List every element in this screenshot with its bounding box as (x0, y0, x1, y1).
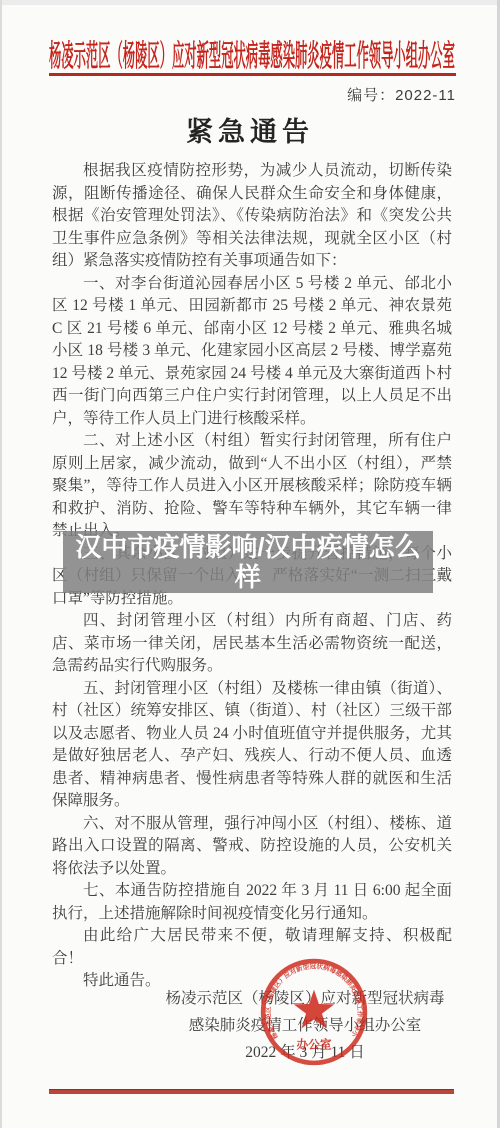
overlay-caption-band: 汉中市疫情影响/汉中疾情怎么 样 (63, 531, 433, 593)
notice-paragraph-item6: 六、对不服从管理，强行冲闯小区（村组）、楼栋、道路出入口设置的隔离、警戒、防控设… (52, 813, 452, 881)
header-office-title: 杨凌示范区（杨陵区）应对新型冠状病毒感染肺炎疫情工作领导小组办公室 (49, 31, 456, 71)
overlay-caption-line1: 汉中市疫情影响/汉中疾情怎么 (63, 532, 433, 562)
notice-paragraph-item4: 四、封闭管理小区（村组）内所有商超、门店、药店、菜市场一律关闭，居民基本生活必需… (52, 610, 452, 678)
notice-paragraph-item7: 七、本通告防控措施自 2022 年 3 月 11 日 6:00 起全面执行，上述… (52, 880, 452, 925)
notice-paragraph-item1: 一、对李台街道沁园春居小区 5 号楼 2 单元、邰北小区 12 号楼 1 单元、… (52, 273, 452, 431)
header-office-title-text: 杨凌示范区（杨陵区）应对新型冠状病毒感染肺炎疫情工作领导小组办公室 (49, 31, 455, 75)
doc-number: 编号：2022-11 (347, 84, 456, 105)
photo-edge-top (0, 0, 500, 5)
seal-center-label: 办公室 (296, 1038, 331, 1052)
notice-paragraph-item2: 二、对上述小区（村组）暂实行封闭管理，所有住户原则上居家，减少流动，做到“人不出… (52, 430, 452, 543)
header-red-divider (49, 73, 456, 76)
official-seal: 杨凌示范区（杨陵区）应对新型冠状病毒感染肺炎疫情工作领导小组 办公室 (258, 957, 370, 1069)
notice-paragraph-apology: 由此给广大居民带来不便，敬请理解支持、积极配合！ (52, 925, 452, 970)
overlay-caption-line2: 样 (63, 562, 433, 592)
photo-edge-left (0, 0, 2, 1128)
notice-paragraph-intro: 根据我区疫情防控形势，为减少人员流动，切断传染源，阻断传播途径、确保人民群众生命… (52, 160, 452, 273)
notice-title: 紧急通告 (0, 110, 500, 149)
star-icon (294, 990, 335, 1029)
bottom-red-divider (49, 1089, 454, 1094)
notice-paragraph-item5: 五、封闭管理小区（村组）及楼栋一律由镇（街道）、村（社区）统筹安排区、镇（街道）… (52, 678, 452, 813)
